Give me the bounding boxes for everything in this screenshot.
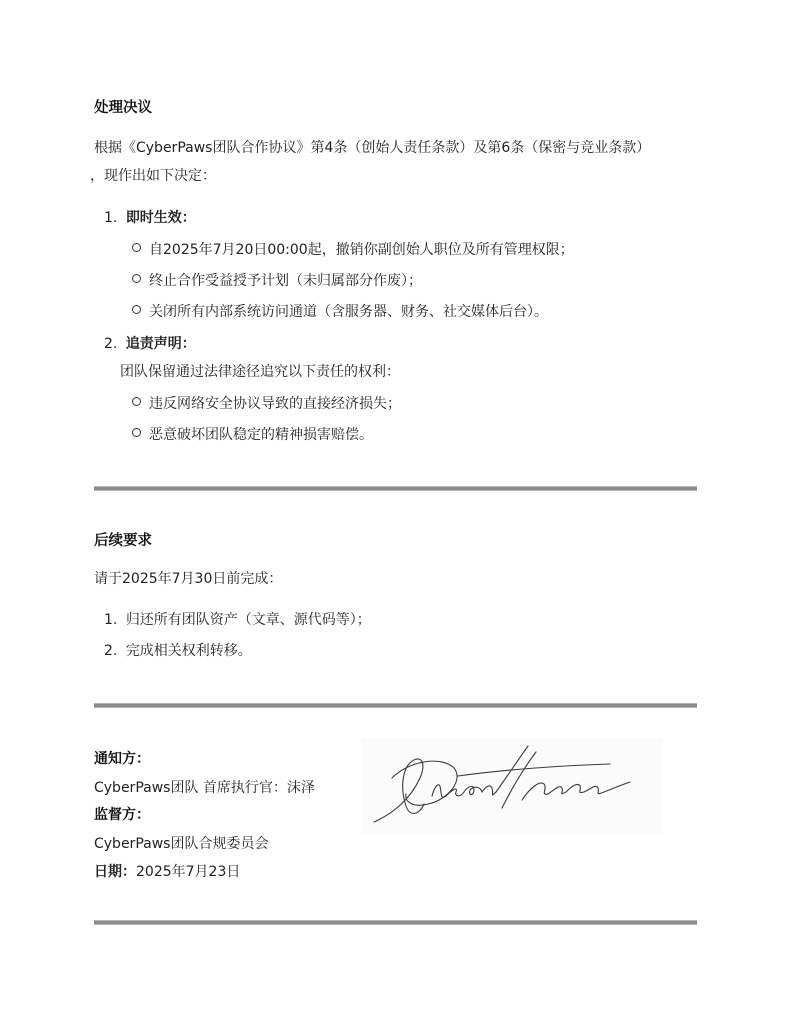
date-value: 2025年7月23日 xyxy=(136,864,240,880)
followup-heading: 后续要求 xyxy=(94,529,152,550)
supervisor-value: CyberPaws团队合规委员会 xyxy=(94,833,268,853)
followup-item: 1. 归还所有团队资产（文章、源代码等）； xyxy=(104,609,371,629)
decision-subitem: 终止合作受益授予计划（未归属部分作废）； xyxy=(132,270,422,290)
supervisor-label: 监督方： xyxy=(94,804,150,824)
subitem-text: 自2025年7月20日00:00起，撤销你副创始人职位及所有管理权限； xyxy=(149,242,574,258)
notifier-value: CyberPaws团队 首席执行官：沫泽 xyxy=(94,777,315,797)
item-title: 即时生效： xyxy=(126,210,196,226)
subitem-text: 关闭所有内部系统访问通道（含服务器、财务、社交媒体后台）。 xyxy=(149,304,548,320)
decision-item-2: 2. 追责声明： xyxy=(104,333,196,353)
notifier-label: 通知方： xyxy=(94,748,150,768)
section-divider xyxy=(94,920,697,925)
document-page: 处理决议 根据《CyberPaws团队合作协议》第4条（创始人责任条款）及第6条… xyxy=(0,0,791,1024)
signature-icon xyxy=(362,738,662,834)
item-number: 1. xyxy=(104,210,117,226)
subitem-text: 终止合作受益授予计划（未归属部分作废）； xyxy=(149,273,422,289)
decision-subitem: 关闭所有内部系统访问通道（含服务器、财务、社交媒体后台）。 xyxy=(132,301,548,321)
decision-intro-line2: ，现作出如下决定： xyxy=(90,165,216,185)
subitem-text: 违反网络安全协议导致的直接经济损失； xyxy=(149,396,401,412)
date-label: 日期： xyxy=(94,864,136,880)
decision-heading: 处理决议 xyxy=(94,96,152,117)
circle-bullet-icon xyxy=(132,305,141,314)
decision-item-2-description: 团队保留通过法律途径追究以下责任的权利： xyxy=(120,361,400,381)
date-line: 日期：2025年7月23日 xyxy=(94,861,240,881)
section-divider xyxy=(94,486,697,491)
section-divider xyxy=(94,703,697,708)
subitem-text: 恶意破坏团队稳定的精神损害赔偿。 xyxy=(149,427,373,443)
decision-intro-line1: 根据《CyberPaws团队合作协议》第4条（创始人责任条款）及第6条（保密与竞… xyxy=(94,137,650,157)
item-number: 1. xyxy=(104,612,117,628)
item-number: 2. xyxy=(104,336,117,352)
circle-bullet-icon xyxy=(132,428,141,437)
decision-subitem: 违反网络安全协议导致的直接经济损失； xyxy=(132,393,401,413)
decision-subitem: 恶意破坏团队稳定的精神损害赔偿。 xyxy=(132,424,373,444)
decision-item-1: 1. 即时生效： xyxy=(104,207,196,227)
decision-subitem: 自2025年7月20日00:00起，撤销你副创始人职位及所有管理权限； xyxy=(132,239,574,259)
circle-bullet-icon xyxy=(132,243,141,252)
circle-bullet-icon xyxy=(132,274,141,283)
circle-bullet-icon xyxy=(132,397,141,406)
followup-intro: 请于2025年7月30日前完成： xyxy=(94,568,282,588)
item-text: 归还所有团队资产（文章、源代码等）； xyxy=(126,612,371,628)
item-title: 追责声明： xyxy=(126,336,196,352)
followup-item: 2. 完成相关权利转移。 xyxy=(104,640,252,660)
item-number: 2. xyxy=(104,643,117,659)
item-text: 完成相关权利转移。 xyxy=(126,643,252,659)
